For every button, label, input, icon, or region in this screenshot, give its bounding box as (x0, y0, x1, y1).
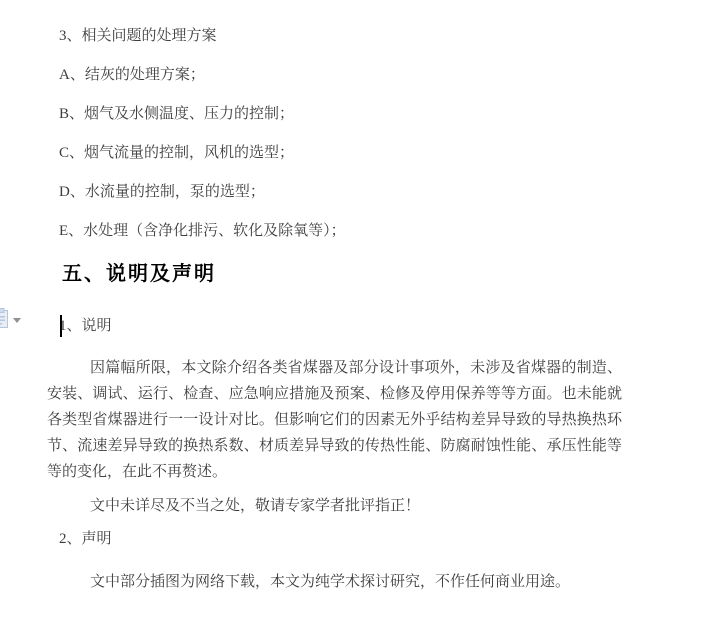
text-cursor (60, 315, 62, 337)
paragraph-apology: 文中未详尽及不当之处，敬请专家学者批评指正！ (47, 493, 622, 519)
list-item-b: B、烟气及水侧温度、压力的控制； (59, 106, 622, 122)
subsection-title-1: 1、说明 (59, 318, 622, 334)
section-heading: 五、说明及声明 (62, 261, 622, 287)
list-item-3: 3、相关问题的处理方案 (59, 28, 622, 44)
paragraph-limitations: 因篇幅所限，本文除介绍各类省煤器及部分设计事项外，未涉及省煤器的制造、安装、调试… (47, 355, 622, 485)
document-content[interactable]: 3、相关问题的处理方案 A、结灰的处理方案； B、烟气及水侧温度、压力的控制； … (0, 28, 727, 595)
chevron-down-icon (13, 318, 21, 323)
paste-options-button[interactable] (0, 308, 24, 334)
list-item-d: D、水流量的控制，泵的选型； (59, 184, 622, 200)
document-page: 3、相关问题的处理方案 A、结灰的处理方案； B、烟气及水侧温度、压力的控制； … (0, 0, 727, 642)
clipboard-paste-icon (0, 308, 9, 329)
list-item-e: E、水处理（含净化排污、软化及除氧等）； (59, 223, 622, 239)
list-item-c: C、烟气流量的控制，风机的选型； (59, 145, 622, 161)
subsection-title-2: 2、声明 (59, 531, 622, 547)
paragraph-disclaimer: 文中部分插图为网络下载，本文为纯学术探讨研究，不作任何商业用途。 (47, 569, 622, 595)
list-item-a: A、结灰的处理方案； (59, 67, 622, 83)
